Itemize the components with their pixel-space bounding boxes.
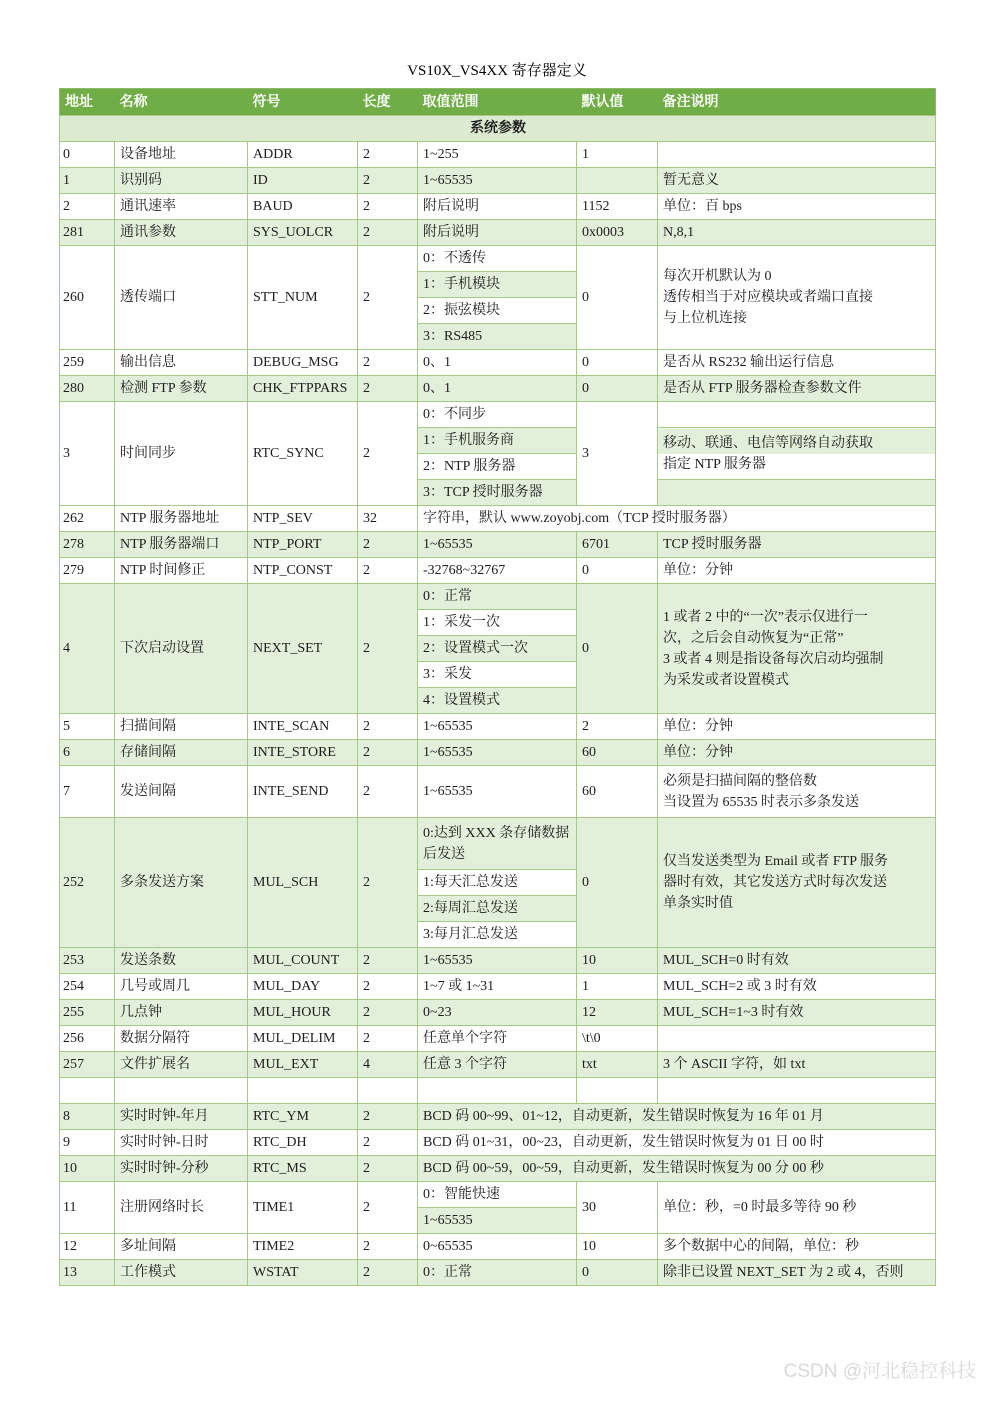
cell-remark: 移动、联通、电信等网络自动获取 指定 NTP 服务器 [658,428,936,480]
cell-symbol: MUL_SCH [248,818,358,948]
table-row: 4下次启动设置NEXT_SET20：正常01 或者 2 中的“一次”表示仅进行一… [60,584,936,610]
cell-remark: 是否从 RS232 输出运行信息 [658,350,936,376]
cell-default [577,1078,658,1104]
cell-name: 实时时钟-分秒 [115,1156,248,1182]
cell-range: 0：不透传 [418,246,577,272]
cell-addr [60,1078,115,1104]
cell-length: 2 [358,1130,418,1156]
cell-name: 文件扩展名 [115,1052,248,1078]
cell-range: 1~65535 [418,1208,577,1234]
cell-name: 检测 FTP 参数 [115,376,248,402]
cell-addr: 10 [60,1156,115,1182]
cell-remark: MUL_SCH=2 或 3 时有效 [658,974,936,1000]
table-row: 5扫描间隔INTE_SCAN21~655352单位：分钟 [60,714,936,740]
table-row: 3时间同步RTC_SYNC20：不同步3 [60,402,936,428]
cell-symbol: MUL_COUNT [248,948,358,974]
cell-range: 任意 3 个字符 [418,1052,577,1078]
cell-default: 1 [577,974,658,1000]
cell-remark: 是否从 FTP 服务器检查参数文件 [658,376,936,402]
cell-length: 2 [358,974,418,1000]
table-row: 254几号或周几MUL_DAY21~7 或 1~311MUL_SCH=2 或 3… [60,974,936,1000]
cell-length: 2 [358,766,418,818]
cell-name: 实时时钟-年月 [115,1104,248,1130]
cell-default: 3 [577,402,658,506]
cell-remark: 3 个 ASCII 字符，如 txt [658,1052,936,1078]
cell-default: 30 [577,1182,658,1234]
cell-length: 32 [358,506,418,532]
table-row: 278NTP 服务器端口NTP_PORT21~655356701TCP 授时服务… [60,532,936,558]
cell-addr: 280 [60,376,115,402]
cell-symbol: INTE_SEND [248,766,358,818]
cell-name: 实时时钟-日时 [115,1130,248,1156]
cell-range: 0:达到 XXX 条存储数据后发送 [418,818,577,870]
cell-name: 通讯参数 [115,220,248,246]
cell-symbol: WSTAT [248,1260,358,1286]
cell-addr: 12 [60,1234,115,1260]
cell-remark: 单位：分钟 [658,740,936,766]
cell-length: 2 [358,584,418,714]
cell-addr: 9 [60,1130,115,1156]
cell-symbol: CHK_FTPPARS [248,376,358,402]
cell-range: 2：设置模式一次 [418,636,577,662]
cell-name: 几号或周几 [115,974,248,1000]
cell-addr: 256 [60,1026,115,1052]
cell-length: 2 [358,376,418,402]
cell-name: 透传端口 [115,246,248,350]
cell-range: 3：RS485 [418,324,577,350]
cell-length [358,1078,418,1104]
cell-default: 1152 [577,194,658,220]
cell-default: 6701 [577,532,658,558]
cell-symbol: TIME1 [248,1182,358,1234]
cell-default: \t\0 [577,1026,658,1052]
cell-remark: MUL_SCH=0 时有效 [658,948,936,974]
cell-symbol: RTC_SYNC [248,402,358,506]
cell-default [577,168,658,194]
cell-range: 3：采发 [418,662,577,688]
cell-remark: 1 或者 2 中的“一次”表示仅进行一 次，之后会自动恢复为“正常” 3 或者 … [658,584,936,714]
col-header-remark: 备注说明 [658,89,936,116]
section-header: 系统参数 [60,116,936,142]
cell-addr: 3 [60,402,115,506]
cell-addr: 2 [60,194,115,220]
cell-range: 1：手机模块 [418,272,577,298]
cell-range: 0：智能快速 [418,1182,577,1208]
col-header-address: 地址 [60,89,115,116]
table-row: 255几点钟MUL_HOUR20~2312MUL_SCH=1~3 时有效 [60,1000,936,1026]
cell-remark: MUL_SCH=1~3 时有效 [658,1000,936,1026]
cell-addr: 7 [60,766,115,818]
cell-range: 附后说明 [418,220,577,246]
cell-addr: 5 [60,714,115,740]
table-row: 257文件扩展名MUL_EXT4任意 3 个字符txt3 个 ASCII 字符，… [60,1052,936,1078]
cell-symbol: INTE_SCAN [248,714,358,740]
cell-default: 0 [577,1260,658,1286]
cell-default: 1 [577,142,658,168]
cell-range: 2:每周汇总发送 [418,896,577,922]
cell-range: 1~65535 [418,948,577,974]
cell-symbol: SYS_UOLCR [248,220,358,246]
cell-symbol: NTP_PORT [248,532,358,558]
table-row: 13工作模式WSTAT20：正常0除非已设置 NEXT_SET 为 2 或 4，… [60,1260,936,1286]
cell-length: 2 [358,818,418,948]
cell-range: 1~65535 [418,766,577,818]
cell-addr: 255 [60,1000,115,1026]
cell-addr: 253 [60,948,115,974]
cell-range: 0、1 [418,350,577,376]
cell-addr: 262 [60,506,115,532]
cell-range: 1~65535 [418,168,577,194]
cell-addr: 8 [60,1104,115,1130]
cell-name: 几点钟 [115,1000,248,1026]
cell-remark [658,480,936,506]
cell-remark [658,402,936,428]
cell-name [115,1078,248,1104]
cell-range: 附后说明 [418,194,577,220]
cell-symbol: DEBUG_MSG [248,350,358,376]
cell-range: 1:每天汇总发送 [418,870,577,896]
cell-range: 1~65535 [418,532,577,558]
cell-addr: 279 [60,558,115,584]
cell-symbol: STT_NUM [248,246,358,350]
cell-default: 0x0003 [577,220,658,246]
cell-default: 60 [577,766,658,818]
cell-length: 2 [358,1104,418,1130]
cell-range-merged: 字符串，默认 www.zoyobj.com（TCP 授时服务器） [418,506,936,532]
cell-symbol: INTE_STORE [248,740,358,766]
cell-length: 2 [358,402,418,506]
table-row: 260透传端口STT_NUM20：不透传0每次开机默认为 0 透传相当于对应模块… [60,246,936,272]
cell-symbol: TIME2 [248,1234,358,1260]
cell-name: 设备地址 [115,142,248,168]
cell-remark: 每次开机默认为 0 透传相当于对应模块或者端口直接 与上位机连接 [658,246,936,350]
header-row: 地址 名称 符号 长度 取值范围 默认值 备注说明 [60,89,936,116]
cell-length: 2 [358,142,418,168]
cell-addr: 13 [60,1260,115,1286]
cell-remark: 单位：秒，=0 时最多等待 90 秒 [658,1182,936,1234]
cell-default: 0 [577,350,658,376]
cell-name: 扫描间隔 [115,714,248,740]
cell-name: 数据分隔符 [115,1026,248,1052]
cell-length: 2 [358,194,418,220]
cell-name: 工作模式 [115,1260,248,1286]
cell-length: 2 [358,1260,418,1286]
col-header-symbol: 符号 [248,89,358,116]
cell-range: 1~65535 [418,714,577,740]
cell-symbol: MUL_EXT [248,1052,358,1078]
table-row: 256数据分隔符MUL_DELIM2任意单个字符\t\0 [60,1026,936,1052]
cell-name: 注册网络时长 [115,1182,248,1234]
cell-range: 1~7 或 1~31 [418,974,577,1000]
cell-length: 2 [358,1182,418,1234]
cell-remark: 多个数据中心的间隔，单位：秒 [658,1234,936,1260]
cell-default: 0 [577,376,658,402]
table-row: 259输出信息DEBUG_MSG20、10是否从 RS232 输出运行信息 [60,350,936,376]
cell-length: 2 [358,1026,418,1052]
cell-length: 2 [358,532,418,558]
table-row: 2通讯速率BAUD2附后说明1152单位：百 bps [60,194,936,220]
cell-addr: 0 [60,142,115,168]
cell-addr: 252 [60,818,115,948]
cell-name: 识别码 [115,168,248,194]
cell-length: 2 [358,246,418,350]
cell-addr: 1 [60,168,115,194]
col-header-name: 名称 [115,89,248,116]
cell-length: 2 [358,558,418,584]
cell-range: 0~23 [418,1000,577,1026]
table-row: 6存储间隔INTE_STORE21~6553560单位：分钟 [60,740,936,766]
cell-default: txt [577,1052,658,1078]
cell-name: 存储间隔 [115,740,248,766]
cell-range: 1~65535 [418,740,577,766]
cell-name: 通讯速率 [115,194,248,220]
register-table: 地址 名称 符号 长度 取值范围 默认值 备注说明 系统参数 0设备地址ADDR… [59,88,936,1286]
cell-length: 2 [358,1234,418,1260]
cell-range: 3:每月汇总发送 [418,922,577,948]
cell-name: 多条发送方案 [115,818,248,948]
cell-default: 2 [577,714,658,740]
page-title: VS10X_VS4XX 寄存器定义 [59,59,935,80]
cell-name: 发送间隔 [115,766,248,818]
cell-remark: TCP 授时服务器 [658,532,936,558]
table-row: 7发送间隔INTE_SEND21~6553560必须是扫描间隔的整倍数 当设置为… [60,766,936,818]
cell-length: 2 [358,1156,418,1182]
cell-symbol: MUL_HOUR [248,1000,358,1026]
cell-symbol: NTP_CONST [248,558,358,584]
cell-range: 0：正常 [418,1260,577,1286]
cell-symbol [248,1078,358,1104]
cell-name: 下次启动设置 [115,584,248,714]
cell-range: -32768~32767 [418,558,577,584]
watermark: CSDN @河北稳控科技 [784,1356,976,1383]
table-row: 12多址间隔TIME220~6553510多个数据中心的间隔，单位：秒 [60,1234,936,1260]
cell-name: 发送条数 [115,948,248,974]
cell-range: 4：设置模式 [418,688,577,714]
cell-symbol: RTC_YM [248,1104,358,1130]
cell-range: 0：不同步 [418,402,577,428]
cell-range-merged: BCD 码 00~99、01~12，自动更新，发生错误时恢复为 16 年 01 … [418,1104,936,1130]
cell-addr: 257 [60,1052,115,1078]
cell-name: NTP 服务器地址 [115,506,248,532]
cell-addr: 6 [60,740,115,766]
cell-remark [658,1026,936,1052]
cell-symbol: RTC_MS [248,1156,358,1182]
cell-range: 0~65535 [418,1234,577,1260]
table-row: 281通讯参数SYS_UOLCR2附后说明0x0003N,8,1 [60,220,936,246]
cell-symbol: BAUD [248,194,358,220]
col-header-length: 长度 [358,89,418,116]
cell-addr: 254 [60,974,115,1000]
cell-range: 1：采发一次 [418,610,577,636]
cell-range: 2：振弦模块 [418,298,577,324]
table-row: 11注册网络时长TIME120：智能快速30单位：秒，=0 时最多等待 90 秒 [60,1182,936,1208]
cell-range [418,1078,577,1104]
table-row: 279NTP 时间修正NTP_CONST2-32768~327670单位：分钟 [60,558,936,584]
cell-remark: 单位：分钟 [658,558,936,584]
cell-remark: N,8,1 [658,220,936,246]
cell-range: 1~255 [418,142,577,168]
cell-length: 2 [358,168,418,194]
cell-remark [658,142,936,168]
cell-length: 2 [358,1000,418,1026]
cell-length: 2 [358,948,418,974]
cell-remark: 仅当发送类型为 Email 或者 FTP 服务 器时有效，其它发送方式时每次发送… [658,818,936,948]
table-row: 253发送条数MUL_COUNT21~6553510MUL_SCH=0 时有效 [60,948,936,974]
cell-addr: 259 [60,350,115,376]
cell-symbol: RTC_DH [248,1130,358,1156]
col-header-range: 取值范围 [418,89,577,116]
cell-name: 多址间隔 [115,1234,248,1260]
cell-remark: 除非已设置 NEXT_SET 为 2 或 4，否则 [658,1260,936,1286]
cell-length: 2 [358,714,418,740]
cell-default: 0 [577,584,658,714]
col-header-default: 默认值 [577,89,658,116]
cell-default: 60 [577,740,658,766]
cell-remark: 单位：分钟 [658,714,936,740]
table-row: 280检测 FTP 参数CHK_FTPPARS20、10是否从 FTP 服务器检… [60,376,936,402]
table-row [60,1078,936,1104]
cell-length: 4 [358,1052,418,1078]
cell-addr: 281 [60,220,115,246]
cell-range-merged: BCD 码 01~31，00~23，自动更新，发生错误时恢复为 01 日 00 … [418,1130,936,1156]
cell-addr: 11 [60,1182,115,1234]
cell-addr: 260 [60,246,115,350]
cell-length: 2 [358,740,418,766]
cell-default: 0 [577,246,658,350]
cell-length: 2 [358,220,418,246]
cell-name: 时间同步 [115,402,248,506]
cell-addr: 4 [60,584,115,714]
cell-symbol: NEXT_SET [248,584,358,714]
table-row: 10实时时钟-分秒RTC_MS2BCD 码 00~59，00~59，自动更新，发… [60,1156,936,1182]
cell-addr: 278 [60,532,115,558]
cell-remark: 暂无意义 [658,168,936,194]
table-row: 1识别码ID21~65535暂无意义 [60,168,936,194]
cell-symbol: ID [248,168,358,194]
cell-default: 10 [577,1234,658,1260]
table-row: 262NTP 服务器地址NTP_SEV32字符串，默认 www.zoyobj.c… [60,506,936,532]
table-row: 252多条发送方案MUL_SCH20:达到 XXX 条存储数据后发送0仅当发送类… [60,818,936,870]
cell-name: NTP 服务器端口 [115,532,248,558]
section-row: 系统参数 [60,116,936,142]
cell-symbol: ADDR [248,142,358,168]
cell-range: 2：NTP 服务器 [418,454,577,480]
cell-default: 10 [577,948,658,974]
cell-default: 0 [577,818,658,948]
cell-remark: 必须是扫描间隔的整倍数 当设置为 65535 时表示多条发送 [658,766,936,818]
cell-default: 12 [577,1000,658,1026]
table-row: 0设备地址ADDR21~2551 [60,142,936,168]
table-row: 8实时时钟-年月RTC_YM2BCD 码 00~99、01~12，自动更新，发生… [60,1104,936,1130]
cell-symbol: NTP_SEV [248,506,358,532]
cell-range: 1：手机服务商 [418,428,577,454]
cell-name: 输出信息 [115,350,248,376]
cell-range: 0：正常 [418,584,577,610]
table-row: 9实时时钟-日时RTC_DH2BCD 码 01~31，00~23，自动更新，发生… [60,1130,936,1156]
cell-symbol: MUL_DAY [248,974,358,1000]
cell-length: 2 [358,350,418,376]
cell-range: 3：TCP 授时服务器 [418,480,577,506]
cell-remark: 单位：百 bps [658,194,936,220]
cell-range: 0、1 [418,376,577,402]
cell-name: NTP 时间修正 [115,558,248,584]
cell-default: 0 [577,558,658,584]
cell-symbol: MUL_DELIM [248,1026,358,1052]
cell-range: 任意单个字符 [418,1026,577,1052]
cell-remark [658,1078,936,1104]
cell-range-merged: BCD 码 00~59，00~59，自动更新，发生错误时恢复为 00 分 00 … [418,1156,936,1182]
